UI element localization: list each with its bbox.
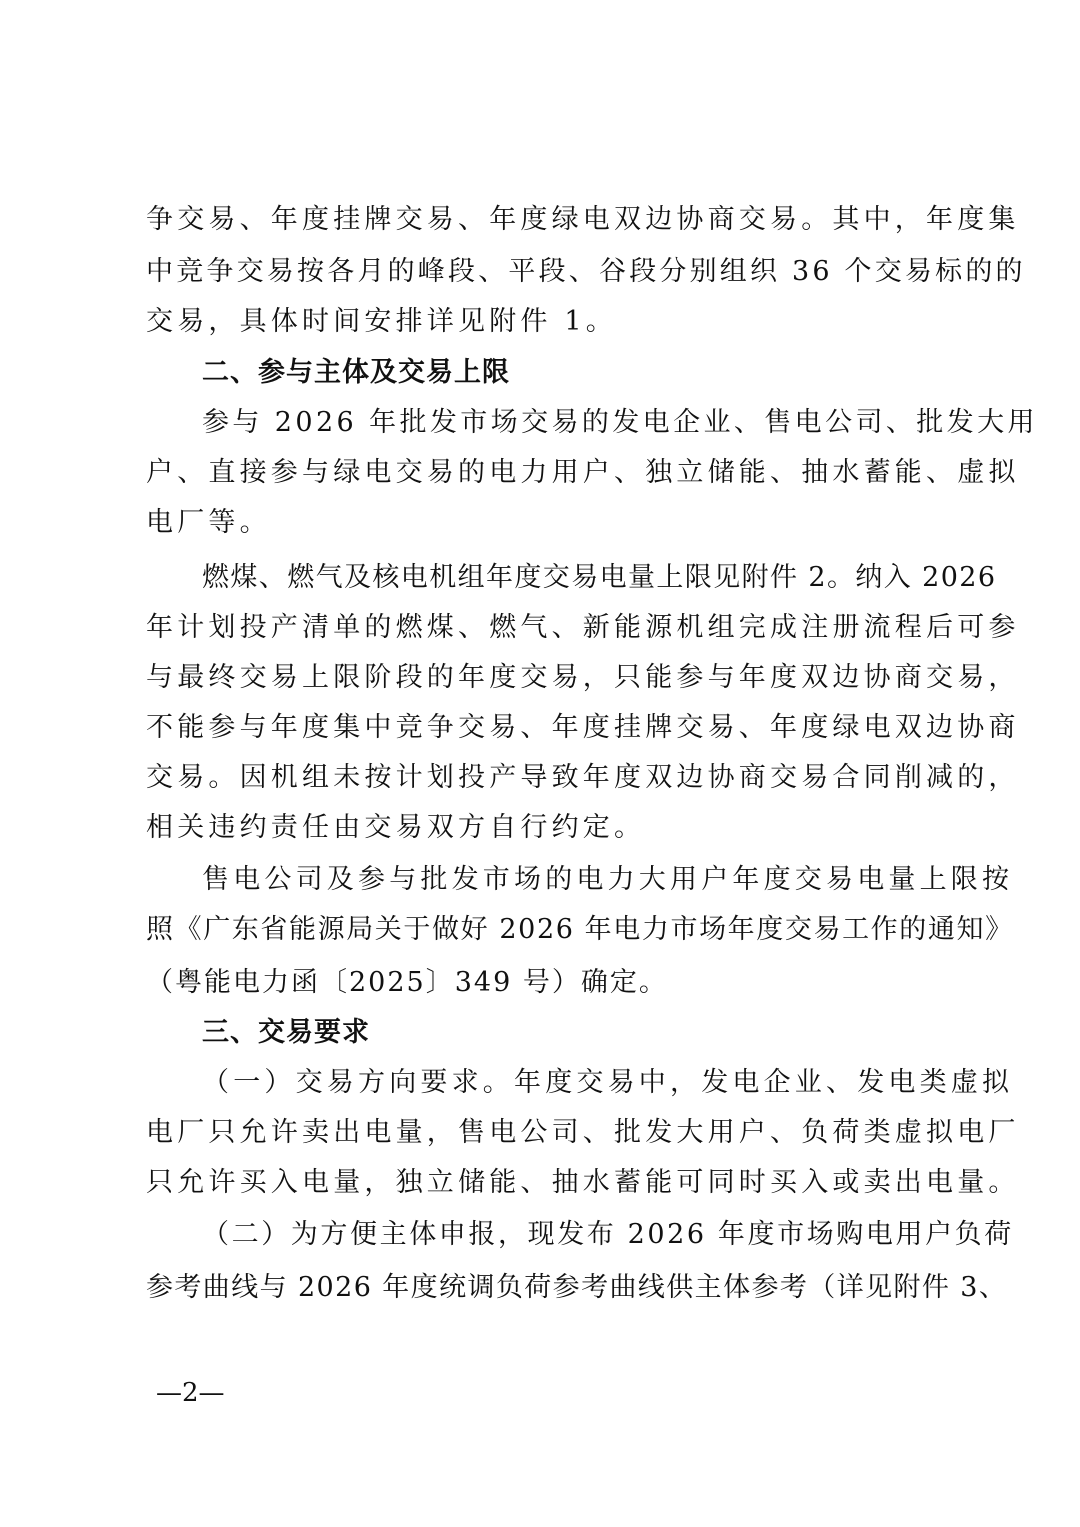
- text-line: 中竞争交易按各月的峰段、平段、谷段分别组织 36 个交易标的的: [146, 247, 946, 297]
- text-line: 不能参与年度集中竞争交易、年度挂牌交易、年度绿电双边协商: [146, 703, 946, 753]
- text-line: 售电公司及参与批发市场的电力大用户年度交易电量上限按: [202, 855, 946, 905]
- text-line: 参考曲线与 2026 年度统调负荷参考曲线供主体参考（详见附件 3、: [146, 1263, 946, 1313]
- text-line: 户、直接参与绿电交易的电力用户、独立储能、抽水蓄能、虚拟: [146, 448, 946, 498]
- text-line: （一）交易方向要求。年度交易中，发电企业、发电类虚拟: [202, 1058, 946, 1108]
- text-line: 相关违约责任由交易双方自行约定。: [146, 803, 946, 853]
- section-heading-3: 三、交易要求: [202, 1008, 946, 1058]
- text-line: 只允许买入电量，独立储能、抽水蓄能可同时买入或卖出电量。: [146, 1158, 946, 1208]
- text-line: 照《广东省能源局关于做好 2026 年电力市场年度交易工作的通知》: [146, 905, 946, 955]
- text-line: 争交易、年度挂牌交易、年度绿电双边协商交易。其中，年度集: [146, 195, 946, 245]
- document-page: 争交易、年度挂牌交易、年度绿电双边协商交易。其中，年度集 中竞争交易按各月的峰段…: [0, 0, 1080, 1527]
- text-line: （粤能电力函〔2025〕349 号）确定。: [146, 958, 946, 1008]
- text-line: 交易，具体时间安排详见附件 1。: [146, 297, 946, 347]
- text-line: 交易。因机组未按计划投产导致年度双边协商交易合同削减的，: [146, 753, 946, 803]
- text-line: 燃煤、燃气及核电机组年度交易电量上限见附件 2。纳入 2026: [202, 553, 946, 603]
- text-line: 电厂只允许卖出电量，售电公司、批发大用户、负荷类虚拟电厂: [146, 1108, 946, 1158]
- text-line: 年计划投产清单的燃煤、燃气、新能源机组完成注册流程后可参: [146, 603, 946, 653]
- text-line: （二）为方便主体申报，现发布 2026 年度市场购电用户负荷: [202, 1210, 946, 1260]
- page-number: —2—: [156, 1376, 225, 1410]
- text-line: 电厂等。: [146, 498, 946, 548]
- text-line: 参与 2026 年批发市场交易的发电企业、售电公司、批发大用: [202, 398, 946, 448]
- section-heading-2: 二、参与主体及交易上限: [202, 348, 946, 398]
- text-line: 与最终交易上限阶段的年度交易，只能参与年度双边协商交易，: [146, 653, 946, 703]
